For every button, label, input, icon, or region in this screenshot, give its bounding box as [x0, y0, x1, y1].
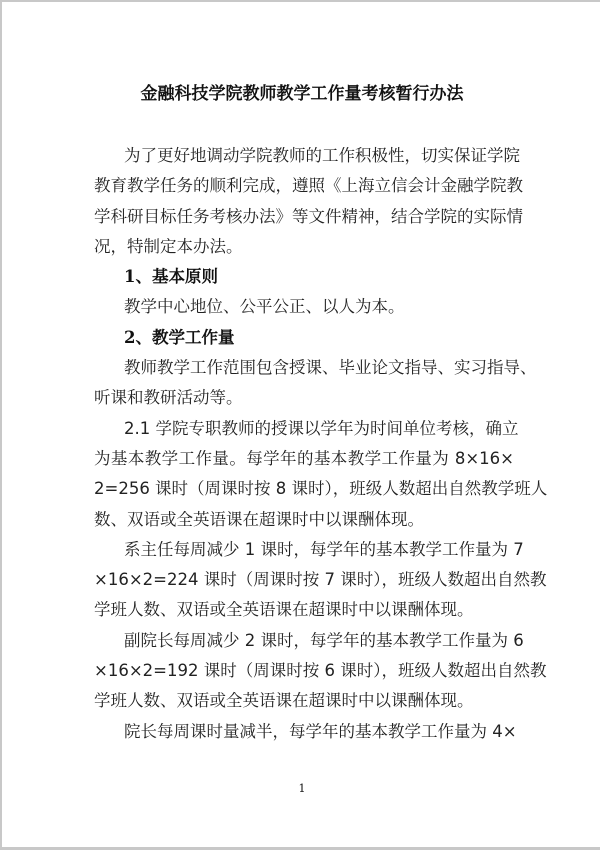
paragraph-line: ×16×2=192 课时（周课时按 6 课时），班级人数超出自然教: [94, 656, 514, 686]
paragraph-line: 教学中心地位、公平公正、以人为本。: [94, 292, 514, 322]
paragraph-line: 学科研目标任务考核办法》等文件精神，结合学院的实际情: [94, 202, 514, 232]
document-page: 金融科技学院教师教学工作量考核暂行办法 为了更好地调动学院教师的工作积极性，切实…: [0, 0, 600, 850]
paragraph-line: 学班人数、双语或全英语课在超课时中以课酬体现。: [94, 686, 514, 716]
paragraph-line: 数、双语或全英语课在超课时中以课酬体现。: [94, 505, 514, 535]
section-heading: 1、基本原则: [94, 262, 514, 292]
paragraph-line: 系主任每周减少 1 课时，每学年的基本教学工作量为 7: [94, 535, 514, 565]
section-heading: 2、教学工作量: [94, 323, 514, 353]
paragraph-line: 2.1 学院专职教师的授课以学年为时间单位考核，确立: [94, 414, 514, 444]
paragraph-line: ×16×2=224 课时（周课时按 7 课时），班级人数超出自然教: [94, 565, 514, 595]
paragraph-line: 2=256 课时（周课时按 8 课时），班级人数超出自然教学班人: [94, 474, 514, 504]
paragraph-line: 副院长每周减少 2 课时，每学年的基本教学工作量为 6: [94, 626, 514, 656]
paragraph-line: 学班人数、双语或全英语课在超课时中以课酬体现。: [94, 595, 514, 625]
page-number: 1: [2, 782, 600, 795]
paragraph-line: 为了更好地调动学院教师的工作积极性，切实保证学院: [94, 141, 514, 171]
paragraph-line: 院长每周课时量减半，每学年的基本教学工作量为 4×: [94, 717, 514, 747]
paragraph-line: 为基本教学工作量。每学年的基本教学工作量为 8×16×: [94, 444, 514, 474]
paragraph-line: 况，特制定本办法。: [94, 232, 514, 262]
document-body: 为了更好地调动学院教师的工作积极性，切实保证学院 教育教学任务的顺利完成，遵照《…: [94, 141, 514, 747]
paragraph-line: 教育教学任务的顺利完成，遵照《上海立信会计金融学院教: [94, 171, 514, 201]
document-title: 金融科技学院教师教学工作量考核暂行办法: [2, 79, 600, 104]
paragraph-line: 教师教学工作范围包含授课、毕业论文指导、实习指导、: [94, 353, 514, 383]
paragraph-line: 听课和教研活动等。: [94, 383, 514, 413]
